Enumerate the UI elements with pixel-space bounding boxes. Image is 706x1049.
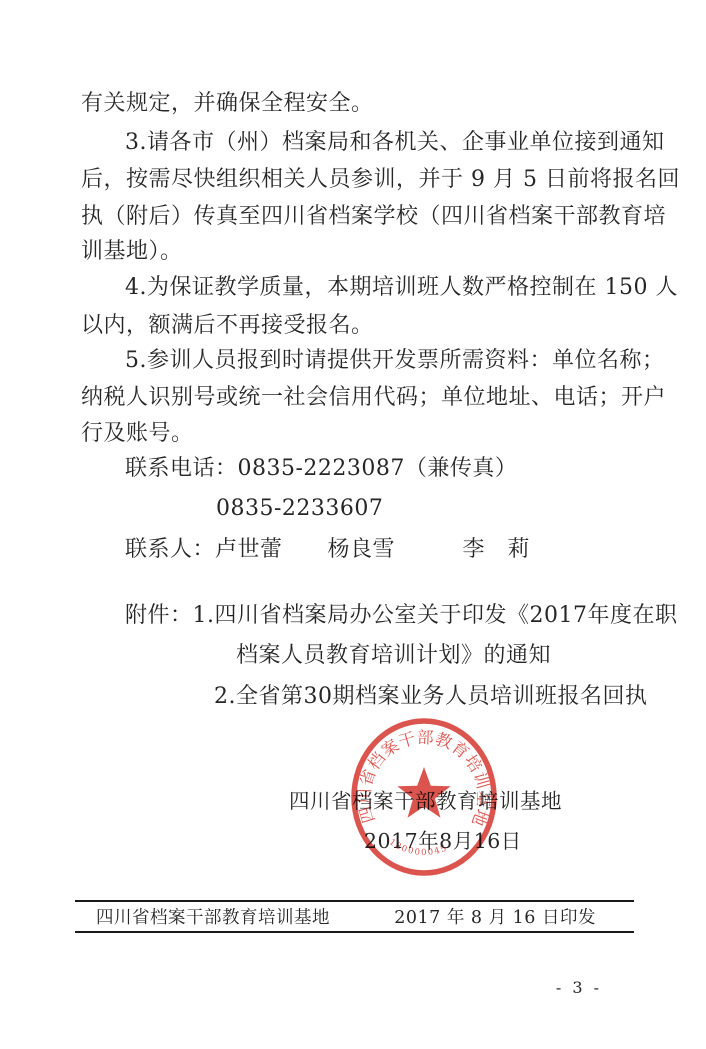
body-line: 后，按需尽快组织相关人员参训，并于 9 月 5 日前将报名回 bbox=[81, 165, 680, 195]
contact-phone-line: 联系电话：0835-2223087（兼传真） bbox=[125, 454, 517, 484]
body-line: 训基地）。 bbox=[81, 237, 183, 267]
footer-issuer: 四川省档案干部教育培训基地 bbox=[96, 906, 330, 930]
footer-rule-top bbox=[75, 900, 634, 902]
attachment-line: 附件：1.四川省档案局办公室关于印发《2017年度在职 bbox=[125, 601, 677, 631]
document-page: 有关规定，并确保全程安全。 3.请各市（州）档案局和各机关、企事业单位接到通知 … bbox=[0, 0, 706, 1049]
seal-code-text: 180000045 bbox=[387, 837, 449, 858]
footer-rule-bottom bbox=[75, 931, 634, 933]
body-line: 5.参训人员报到时请提供开发票所需资料：单位名称； bbox=[125, 346, 665, 376]
body-line: 行及账号。 bbox=[81, 419, 194, 449]
svg-text:180000045: 180000045 bbox=[387, 837, 449, 858]
footer-print-date: 2017 年 8 月 16 日印发 bbox=[394, 906, 596, 930]
body-line: 4.为保证教学质量，本期培训班人数严格控制在 150 人 bbox=[125, 273, 678, 303]
attachment-line: 档案人员教育培训计划》的通知 bbox=[236, 641, 551, 671]
body-line: 纳税人识别号或统一社会信用代码；单位地址、电话；开户 bbox=[81, 383, 666, 413]
page-number: - 3 - bbox=[556, 978, 602, 997]
body-line: 有关规定，并确保全程安全。 bbox=[81, 89, 374, 119]
contact-phone-line: 0835-2233607 bbox=[216, 494, 383, 524]
official-seal-stamp: 四川省档案干部教育培训基地 180000045 bbox=[348, 716, 500, 878]
body-line: 以内，额满后不再接受报名。 bbox=[81, 311, 374, 341]
body-line: 执（附后）传真至四川省档案学校（四川省档案干部教育培 bbox=[81, 202, 666, 232]
seal-star-icon bbox=[397, 767, 450, 818]
contact-person-line: 联系人：卢世蕾 杨良雪 李 莉 bbox=[125, 535, 530, 565]
body-line: 3.请各市（州）档案局和各机关、企事业单位接到通知 bbox=[125, 128, 665, 158]
attachment-line: 2.全省第30期档案业务人员培训班报名回执 bbox=[214, 682, 648, 712]
